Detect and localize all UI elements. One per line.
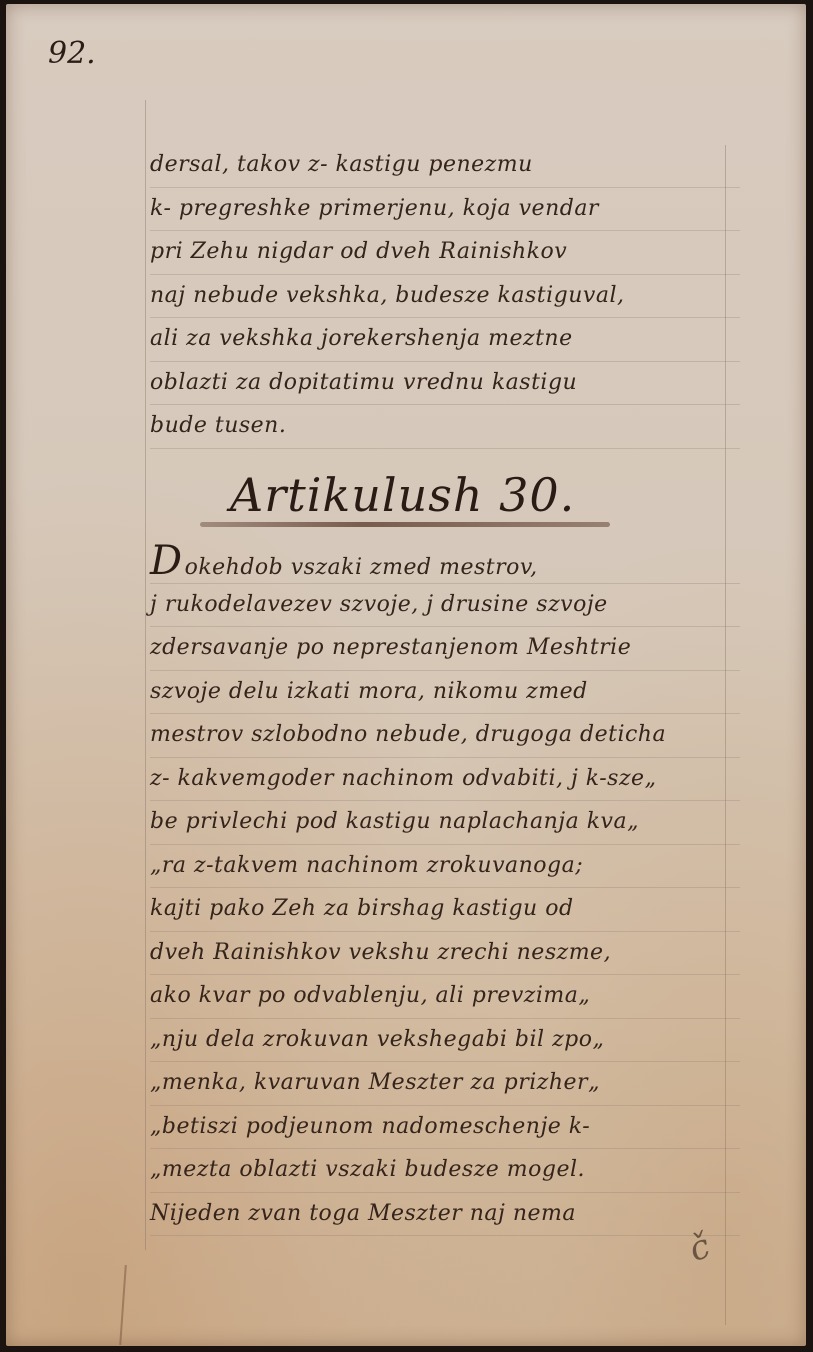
line-text: kajti pako Zeh za birshag kastigu od [150,888,574,930]
line-text: „mezta oblazti vszaki budesze mogel. [150,1149,585,1191]
text-line: Dokehdob vszaki zmed mestrov, [150,540,740,584]
line-text: z- kakvemgoder nachinom odvabiti, j k-sz… [150,758,656,800]
article-heading-block: Artikulush 30. [150,468,740,528]
line-text: pri Zehu nigdar od dveh Rainishkov [150,231,567,273]
text-line: mestrov szlobodno nebude, drugoga detich… [150,714,740,758]
line-text: „ra z-takvem nachinom zrokuvanoga; [150,845,583,887]
line-text: „betiszi podjeunom nadomeschenje k- [150,1106,590,1148]
left-margin-rule [145,100,146,1250]
text-line: pri Zehu nigdar od dveh Rainishkov [150,231,740,275]
paragraph-2: Dokehdob vszaki zmed mestrov, j rukodela… [150,540,740,1236]
drop-cap: D [150,540,183,582]
text-line: k- pregreshke primerjenu, koja vendar [150,188,740,232]
line-text: k- pregreshke primerjenu, koja vendar [150,188,599,230]
line-text: dersal, takov z- kastigu penezmu [150,144,533,186]
text-line: oblazti za dopitatimu vrednu kastigu [150,362,740,406]
text-line: j rukodelavezev szvoje, j drusine szvoje [150,584,740,628]
line-text: ako kvar po odvablenju, ali prevzima„ [150,975,590,1017]
paragraph-1: dersal, takov z- kastigu penezmu k- preg… [150,144,740,449]
text-line: ali za vekshka jorekershenja meztne [150,318,740,362]
text-line: szvoje delu izkati mora, nikomu zmed [150,671,740,715]
text-line: „nju dela zrokuvan vekshegabi bil zpo„ [150,1019,740,1063]
text-line: kajti pako Zeh za birshag kastigu od [150,888,740,932]
line-text: bude tusen. [150,405,286,447]
line-text: oblazti za dopitatimu vrednu kastigu [150,362,577,404]
line-text: zdersavanje po neprestanjenom Meshtrie [150,627,631,669]
text-line: zdersavanje po neprestanjenom Meshtrie [150,627,740,671]
text-line: „menka, kvaruvan Meszter za prizher„ [150,1062,740,1106]
text-line: z- kakvemgoder nachinom odvabiti, j k-sz… [150,758,740,802]
text-line: bude tusen. [150,405,740,449]
text-line: dveh Rainishkov vekshu zrechi neszme, [150,932,740,976]
text-line: „ra z-takvem nachinom zrokuvanoga; [150,845,740,889]
line-text: be privlechi pod kastigu naplachanja kva… [150,801,639,843]
line-text: ali za vekshka jorekershenja meztne [150,318,573,360]
heading-underline [200,522,610,527]
line-text: „nju dela zrokuvan vekshegabi bil zpo„ [150,1019,604,1061]
text-line: naj nebude vekshka, budesze kastiguval, [150,275,740,319]
line-text: mestrov szlobodno nebude, drugoga detich… [150,714,666,756]
page-number: 92. [48,36,96,71]
article-heading: Artikulush 30. [230,468,575,522]
text-line: dersal, takov z- kastigu penezmu [150,144,740,188]
line-text: Nijeden zvan toga Meszter naj nema [150,1193,576,1235]
line-text: dveh Rainishkov vekshu zrechi neszme, [150,932,611,974]
line-text: szvoje delu izkati mora, nikomu zmed [150,671,588,713]
line-text: j rukodelavezev szvoje, j drusine szvoje [150,584,608,626]
line-text: „menka, kvaruvan Meszter za prizher„ [150,1062,600,1104]
text-line: be privlechi pod kastigu naplachanja kva… [150,801,740,845]
text-line: „betiszi podjeunom nadomeschenje k- [150,1106,740,1150]
text-line: Nijeden zvan toga Meszter naj nema [150,1193,740,1237]
text-line: „mezta oblazti vszaki budesze mogel. [150,1149,740,1193]
text-line: ako kvar po odvablenju, ali prevzima„ [150,975,740,1019]
line-text: naj nebude vekshka, budesze kastiguval, [150,275,625,317]
